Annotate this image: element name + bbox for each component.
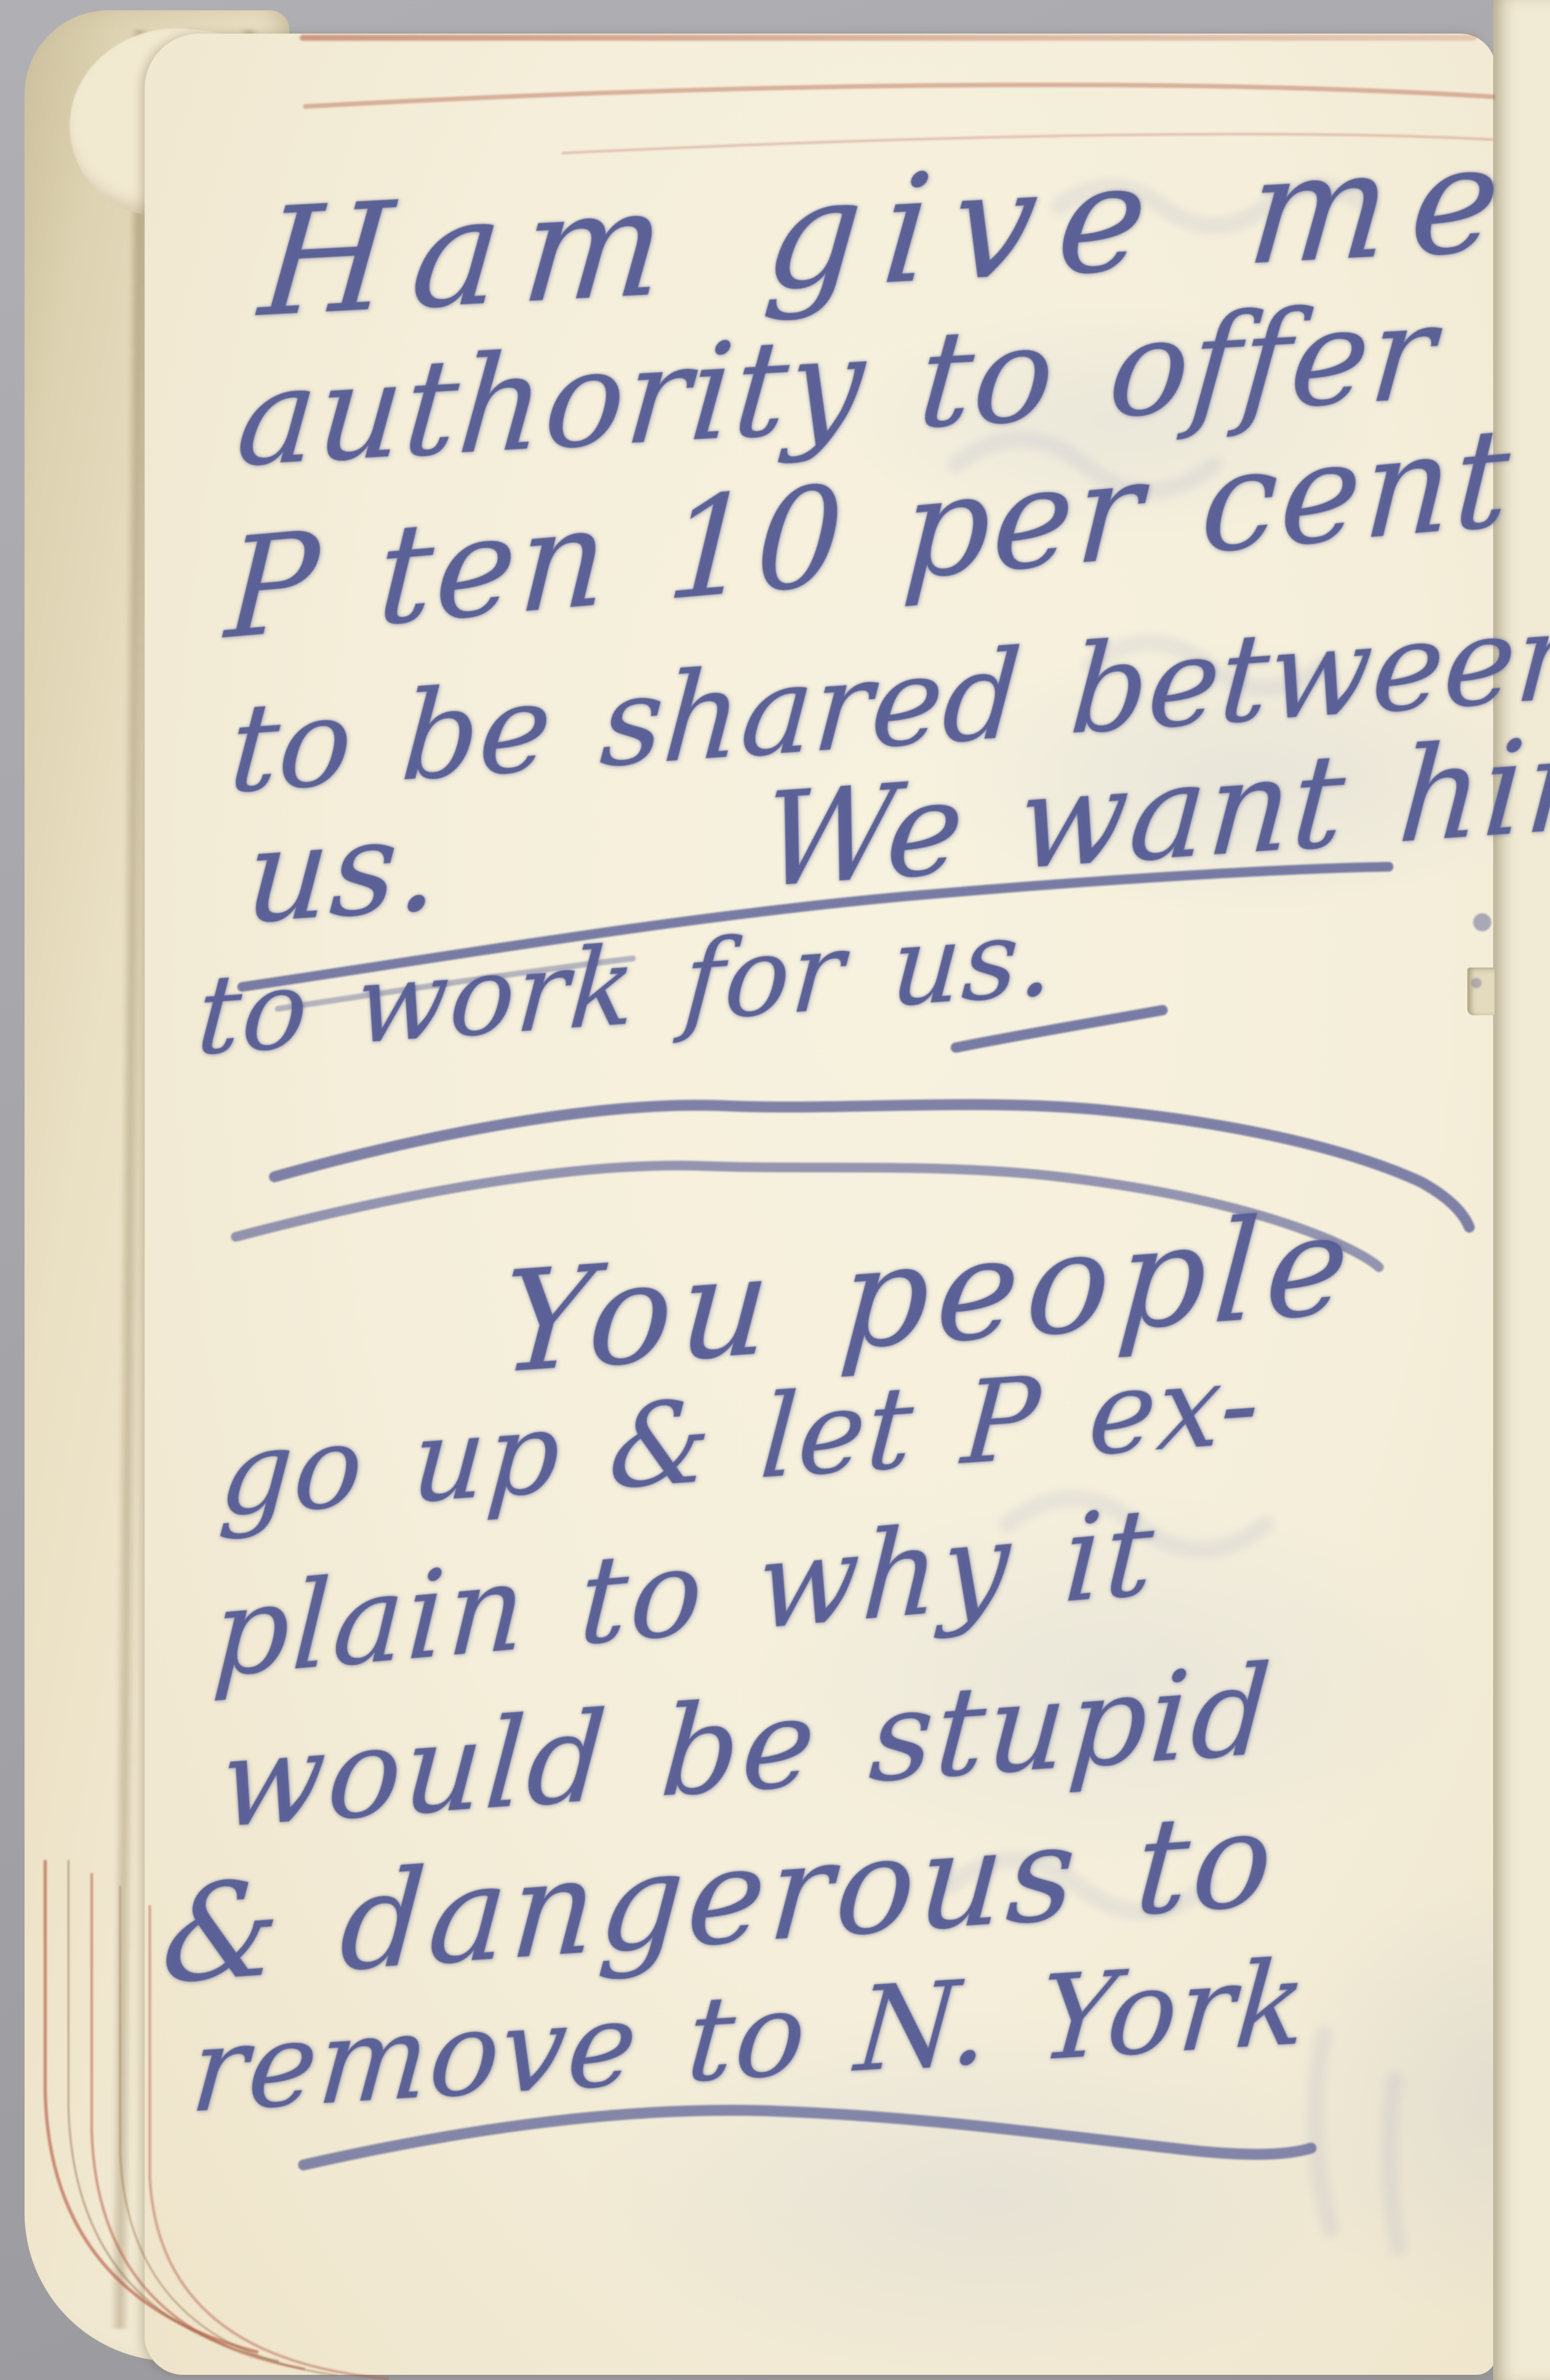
photo-backdrop: Ham give me authority to offer P ten 10 … bbox=[0, 0, 1550, 2380]
page-edge-nick bbox=[1467, 968, 1494, 1015]
stacked-page-edge-line bbox=[110, 30, 149, 2329]
facing-page-edge bbox=[1493, 0, 1550, 2380]
